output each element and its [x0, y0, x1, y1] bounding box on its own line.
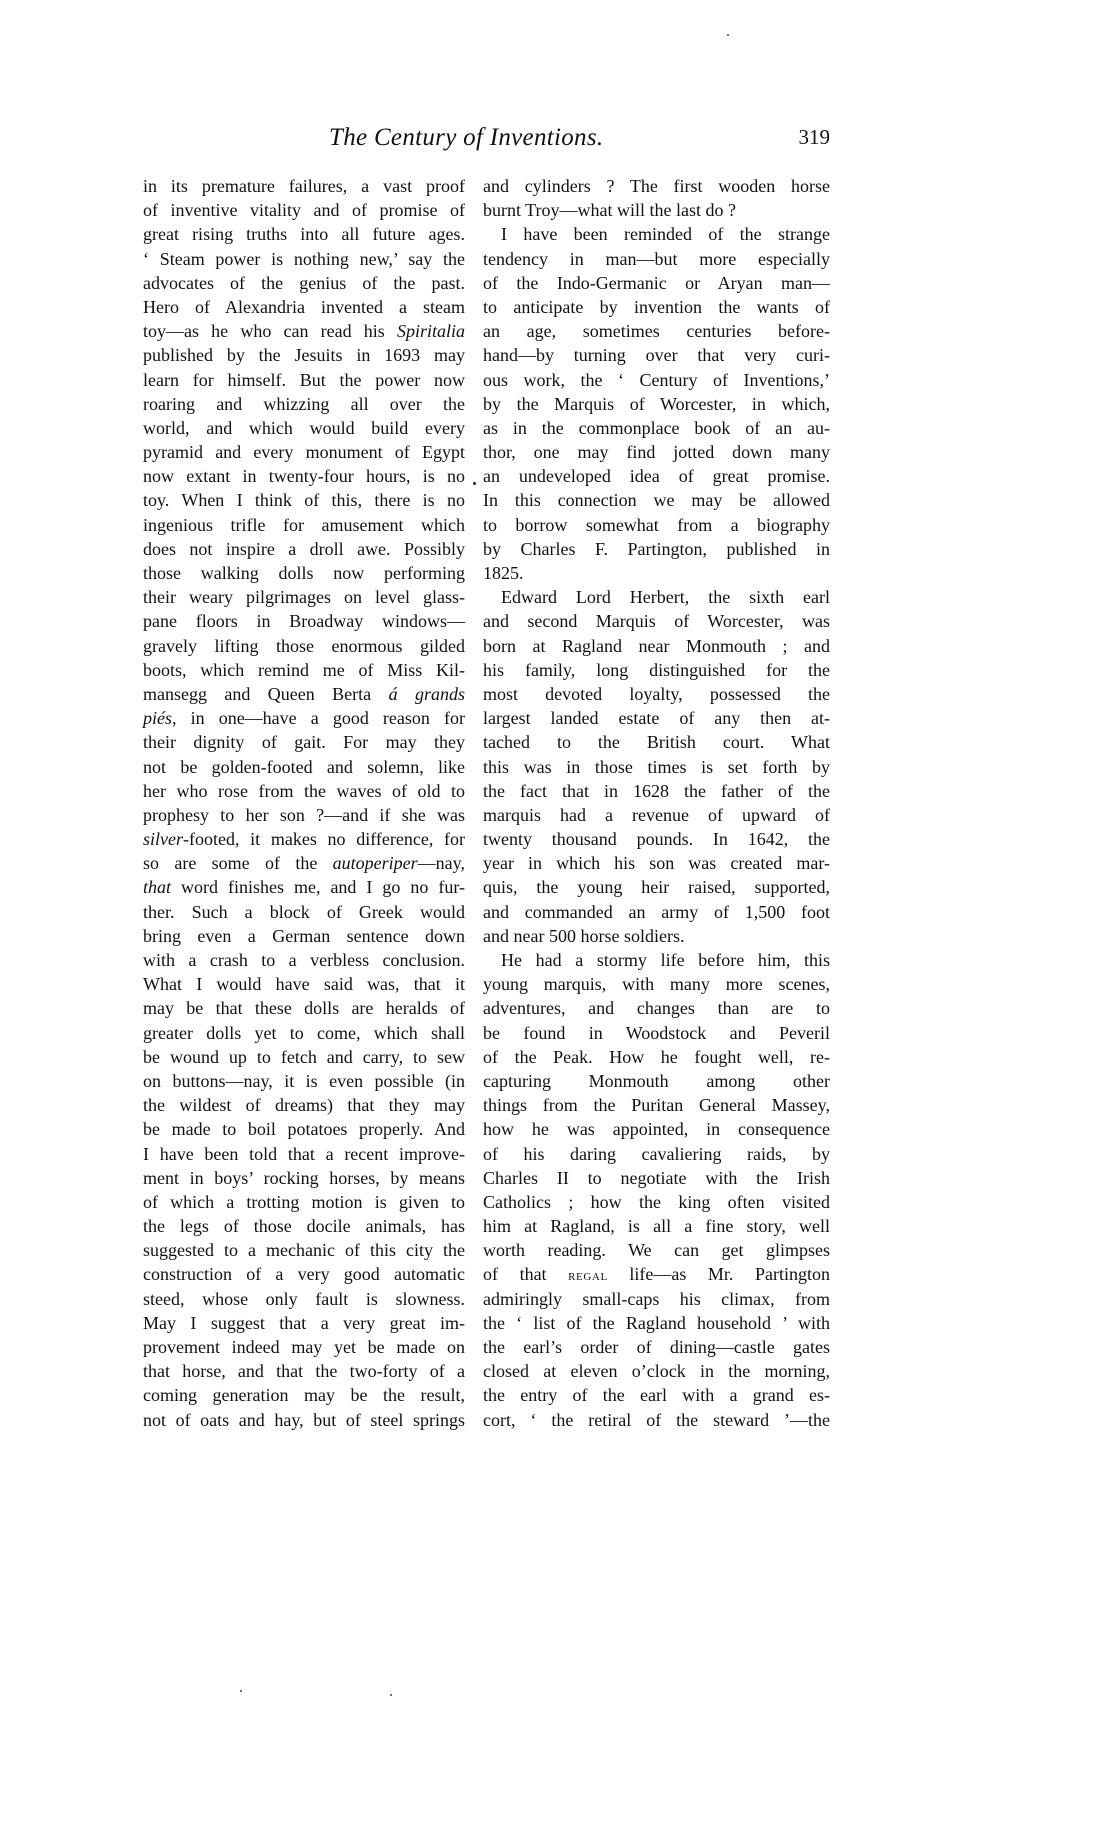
text-line: worth reading. We can get glimpses	[483, 1238, 830, 1262]
text-line: does not inspire a droll awe. Possibly	[143, 537, 465, 561]
text-line: to anticipate by invention the wants of	[483, 295, 830, 319]
text-line: and cylinders ? The first wooden horse	[483, 174, 830, 198]
text-line: of which a trotting motion is given to	[143, 1190, 465, 1214]
text-line: ment in boys’ rocking horses, by means	[143, 1166, 465, 1190]
right-column: and cylinders ? The first wooden horse b…	[483, 174, 830, 1432]
text-line: year in which his son was created mar-	[483, 851, 830, 875]
paragraph-start: He had a stormy life before him, this	[483, 948, 830, 972]
running-title: The Century of Inventions.	[329, 124, 603, 152]
text-line: and second Marquis of Worcester, was	[483, 609, 830, 633]
text-line: construction of a very good automatic	[143, 1262, 465, 1286]
text-line: of that regal life—as Mr. Partington	[483, 1262, 830, 1286]
text-line: steed, whose only fault is slowness.	[143, 1287, 465, 1311]
text-fragment: word finishes me, and I go no fur-	[171, 877, 465, 897]
text-line: born at Ragland near Monmouth ; and	[483, 634, 830, 658]
text-line: tached to the British court. What	[483, 730, 830, 754]
text-line: May I suggest that a very great im-	[143, 1311, 465, 1335]
text-line: boots, which remind me of Miss Kil-	[143, 658, 465, 682]
page-header: The Century of Inventions. 319	[143, 118, 830, 158]
text-line: be made to boil potatoes properly. And	[143, 1117, 465, 1141]
text-line: suggested to a mechanic of this city the	[143, 1238, 465, 1262]
text-line: prophesy to her son ?—and if she was	[143, 803, 465, 827]
text-line: marquis had a revenue of upward of	[483, 803, 830, 827]
text-line: of the Peak. How he fought well, re-	[483, 1045, 830, 1069]
italic-word: that	[143, 877, 171, 897]
text-line: greater dolls yet to come, which shall	[143, 1021, 465, 1045]
text-line: of his daring cavaliering raids, by	[483, 1142, 830, 1166]
text-line: in its premature failures, a vast proof	[143, 174, 465, 198]
text-line: I have been told that a recent improve-	[143, 1142, 465, 1166]
text-fragment: so are some of the	[143, 853, 333, 873]
text-line: not be golden-footed and solemn, like	[143, 755, 465, 779]
paragraph-start: Edward Lord Herbert, the sixth earl	[483, 585, 830, 609]
text-line: learn for himself. But the power now	[143, 368, 465, 392]
text-line: an undeveloped idea of great promise.	[483, 464, 830, 488]
text-line: burnt Troy—what will the last do ?	[483, 198, 830, 222]
text-line: hand—by turning over that very curi-	[483, 343, 830, 367]
text-line: tendency in man—but more especially	[483, 247, 830, 271]
text-line: ingenious trifle for amusement which	[143, 513, 465, 537]
text-line: closed at eleven o’clock in the morning,	[483, 1359, 830, 1383]
text-line: What I would have said was, that it	[143, 972, 465, 996]
text-line: Hero of Alexandria invented a steam	[143, 295, 465, 319]
scan-speck	[240, 1690, 242, 1692]
text-fragment: life—as Mr. Partington	[608, 1264, 830, 1284]
scan-speck	[390, 1694, 392, 1696]
text-line: cort, ‘ the retiral of the steward ’—the	[483, 1408, 830, 1432]
text-line: great rising truths into all future ages…	[143, 222, 465, 246]
text-line: by Charles F. Partington, published in	[483, 537, 830, 561]
text-line: the wildest of dreams) that they may	[143, 1093, 465, 1117]
text-line: young marquis, with many more scenes,	[483, 972, 830, 996]
text-line: how he was appointed, in consequence	[483, 1117, 830, 1141]
text-line: advocates of the genius of the past.	[143, 271, 465, 295]
text-line: Catholics ; how the king often visited	[483, 1190, 830, 1214]
text-line: to borrow somewhat from a biography	[483, 513, 830, 537]
text-line: roaring and whizzing all over the	[143, 392, 465, 416]
page-number: 319	[799, 125, 831, 150]
text-line: world, and which would build every	[143, 416, 465, 440]
italic-word: silver	[143, 829, 183, 849]
text-fragment: —nay,	[418, 853, 465, 873]
text-line: pane floors in Broadway windows—	[143, 609, 465, 633]
text-line: ther. Such a block of Greek would	[143, 900, 465, 924]
text-line: thor, one may find jotted down many	[483, 440, 830, 464]
scan-speck	[727, 34, 729, 36]
text-line: as in the commonplace book of an au-	[483, 416, 830, 440]
text-line: her who rose from the waves of old to	[143, 779, 465, 803]
text-line: their dignity of gait. For may they	[143, 730, 465, 754]
text-line: 1825.	[483, 561, 830, 585]
text-line: coming generation may be the result,	[143, 1383, 465, 1407]
text-line: admiringly small-caps his climax, from	[483, 1287, 830, 1311]
text-line: Charles II to negotiate with the Irish	[483, 1166, 830, 1190]
text-fragment: toy—as he who can read his	[143, 321, 397, 341]
text-line: quis, the young heir raised, supported,	[483, 875, 830, 899]
text-line: not of oats and hay, but of steel spring…	[143, 1408, 465, 1432]
margin-mark	[473, 482, 476, 485]
left-column: in its premature failures, a vast proof …	[143, 174, 465, 1432]
italic-phrase: piés	[143, 708, 172, 728]
text-line: by the Marquis of Worcester, in which,	[483, 392, 830, 416]
text-fragment: -footed, it makes no difference, for	[183, 829, 465, 849]
text-line: now extant in twenty-four hours, is no	[143, 464, 465, 488]
text-line: their weary pilgrimages on level glass-	[143, 585, 465, 609]
text-line: an age, sometimes centuries before-	[483, 319, 830, 343]
text-line: toy. When I think of this, there is no	[143, 488, 465, 512]
text-line: this was in those times is set forth by	[483, 755, 830, 779]
text-line: be wound up to fetch and carry, to sew	[143, 1045, 465, 1069]
text-fragment: , in one—have a good reason for	[172, 708, 465, 728]
text-line: most devoted loyalty, possessed the	[483, 682, 830, 706]
text-line: twenty thousand pounds. In 1642, the	[483, 827, 830, 851]
text-line: ous work, the ‘ Century of Inventions,’	[483, 368, 830, 392]
italic-phrase: á grands	[389, 684, 465, 704]
text-line: mansegg and Queen Berta á grands	[143, 682, 465, 706]
italic-title: Spiritalia	[397, 321, 465, 341]
text-line: bring even a German sentence down	[143, 924, 465, 948]
text-line: those walking dolls now performing	[143, 561, 465, 585]
text-line: the earl’s order of dining—castle gates	[483, 1335, 830, 1359]
text-line: the entry of the earl with a grand es-	[483, 1383, 830, 1407]
text-line: silver-footed, it makes no difference, f…	[143, 827, 465, 851]
text-fragment: of that	[483, 1264, 568, 1284]
text-fragment: mansegg and Queen Berta	[143, 684, 389, 704]
text-line: the legs of those docile animals, has	[143, 1214, 465, 1238]
text-line: pyramid and every monument of Egypt	[143, 440, 465, 464]
text-line: with a crash to a verbless conclusion.	[143, 948, 465, 972]
text-line: ‘ Steam power is nothing new,’ say the	[143, 247, 465, 271]
text-line: be found in Woodstock and Peveril	[483, 1021, 830, 1045]
text-line: of the Indo-Germanic or Aryan man—	[483, 271, 830, 295]
text-line: that word finishes me, and I go no fur-	[143, 875, 465, 899]
text-line: on buttons—nay, it is even possible (in	[143, 1069, 465, 1093]
text-line: toy—as he who can read his Spiritalia	[143, 319, 465, 343]
text-line: gravely lifting those enormous gilded	[143, 634, 465, 658]
text-line: adventures, and changes than are to	[483, 996, 830, 1020]
text-line: may be that these dolls are heralds of	[143, 996, 465, 1020]
text-line: the ‘ list of the Ragland household ’ wi…	[483, 1311, 830, 1335]
text-line: and commanded an army of 1,500 foot	[483, 900, 830, 924]
text-line: piés, in one—have a good reason for	[143, 706, 465, 730]
paragraph-start: I have been reminded of the strange	[483, 222, 830, 246]
text-line: largest landed estate of any then at-	[483, 706, 830, 730]
text-line: published by the Jesuits in 1693 may	[143, 343, 465, 367]
text-line: that horse, and that the two-forty of a	[143, 1359, 465, 1383]
text-line: capturing Monmouth among other	[483, 1069, 830, 1093]
small-caps-word: regal	[568, 1268, 608, 1284]
text-line: In this connection we may be allowed	[483, 488, 830, 512]
text-line: of inventive vitality and of promise of	[143, 198, 465, 222]
text-line: so are some of the autoperiper—nay,	[143, 851, 465, 875]
text-line: and near 500 horse soldiers.	[483, 924, 830, 948]
text-line: provement indeed may yet be made on	[143, 1335, 465, 1359]
text-line: things from the Puritan General Massey,	[483, 1093, 830, 1117]
text-line: his family, long distinguished for the	[483, 658, 830, 682]
text-line: him at Ragland, is all a fine story, wel…	[483, 1214, 830, 1238]
italic-word: autoperiper	[333, 853, 418, 873]
text-line: the fact that in 1628 the father of the	[483, 779, 830, 803]
